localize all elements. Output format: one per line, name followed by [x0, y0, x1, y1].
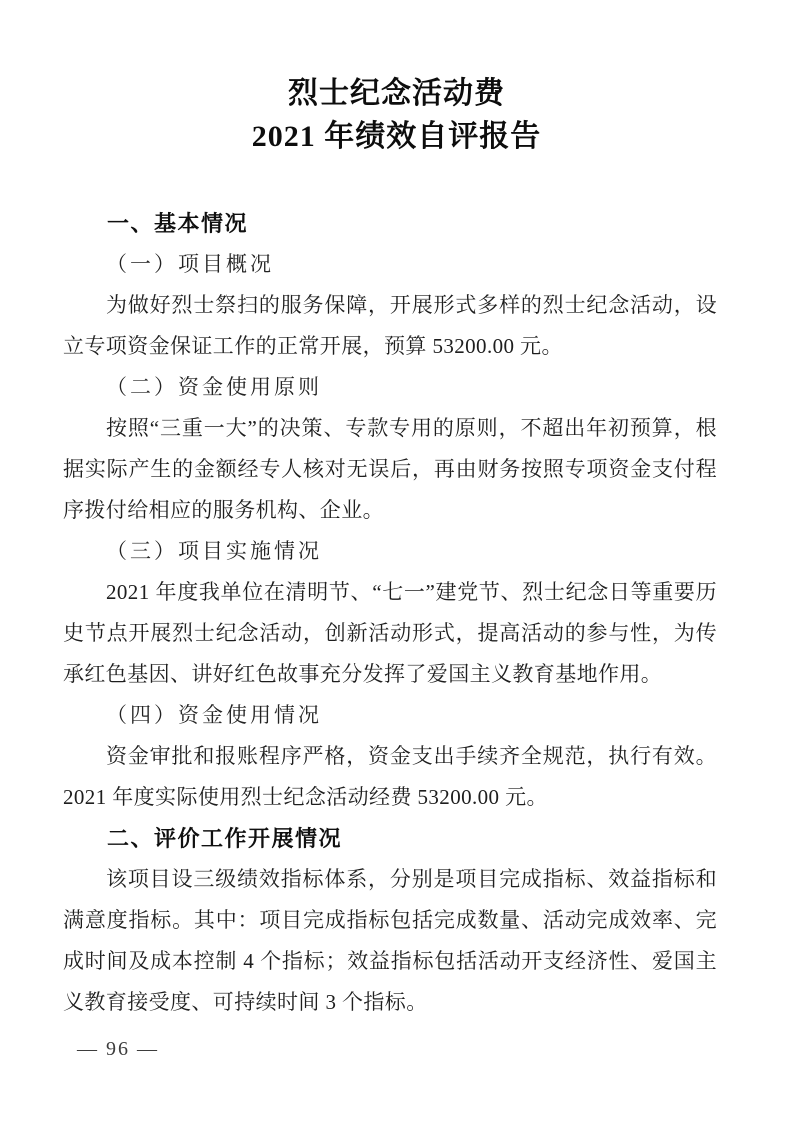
paragraph-project-overview: 为做好烈士祭扫的服务保障，开展形式多样的烈士纪念活动，设立专项资金保证工作的正常… [63, 285, 717, 367]
document-title: 烈士纪念活动费 2021 年绩效自评报告 [0, 0, 793, 158]
paragraph-fund-usage-principles: 按照“三重一大”的决策、专款专用的原则，不超出年初预算，根据实际产生的金额经专人… [63, 408, 717, 531]
doc-title-line-2: 2021 年绩效自评报告 [0, 115, 793, 158]
document-body: 一、基本情况 （一）项目概况 为做好烈士祭扫的服务保障，开展形式多样的烈士纪念活… [0, 203, 793, 1070]
section-heading-basic-info: 一、基本情况 [63, 203, 717, 244]
document-page: 烈士纪念活动费 2021 年绩效自评报告 一、基本情况 （一）项目概况 为做好烈… [0, 0, 793, 1122]
page-number: — 96 — [63, 1029, 717, 1070]
subsection-heading-project-overview: （一）项目概况 [63, 244, 717, 285]
paragraph-fund-usage-status: 资金审批和报账程序严格，资金支出手续齐全规范，执行有效。2021 年度实际使用烈… [63, 736, 717, 818]
doc-title-line-1: 烈士纪念活动费 [0, 72, 793, 115]
paragraph-project-implementation: 2021 年度我单位在清明节、“七一”建党节、烈士纪念日等重要历史节点开展烈士纪… [63, 572, 717, 695]
paragraph-indicator-system: 该项目设三级绩效指标体系，分别是项目完成指标、效益指标和满意度指标。其中：项目完… [63, 859, 717, 1023]
subsection-heading-fund-usage-principles: （二）资金使用原则 [63, 367, 717, 408]
subsection-heading-project-implementation: （三）项目实施情况 [63, 531, 717, 572]
subsection-heading-fund-usage-status: （四）资金使用情况 [63, 695, 717, 736]
section-heading-evaluation-work: 二、评价工作开展情况 [63, 818, 717, 859]
